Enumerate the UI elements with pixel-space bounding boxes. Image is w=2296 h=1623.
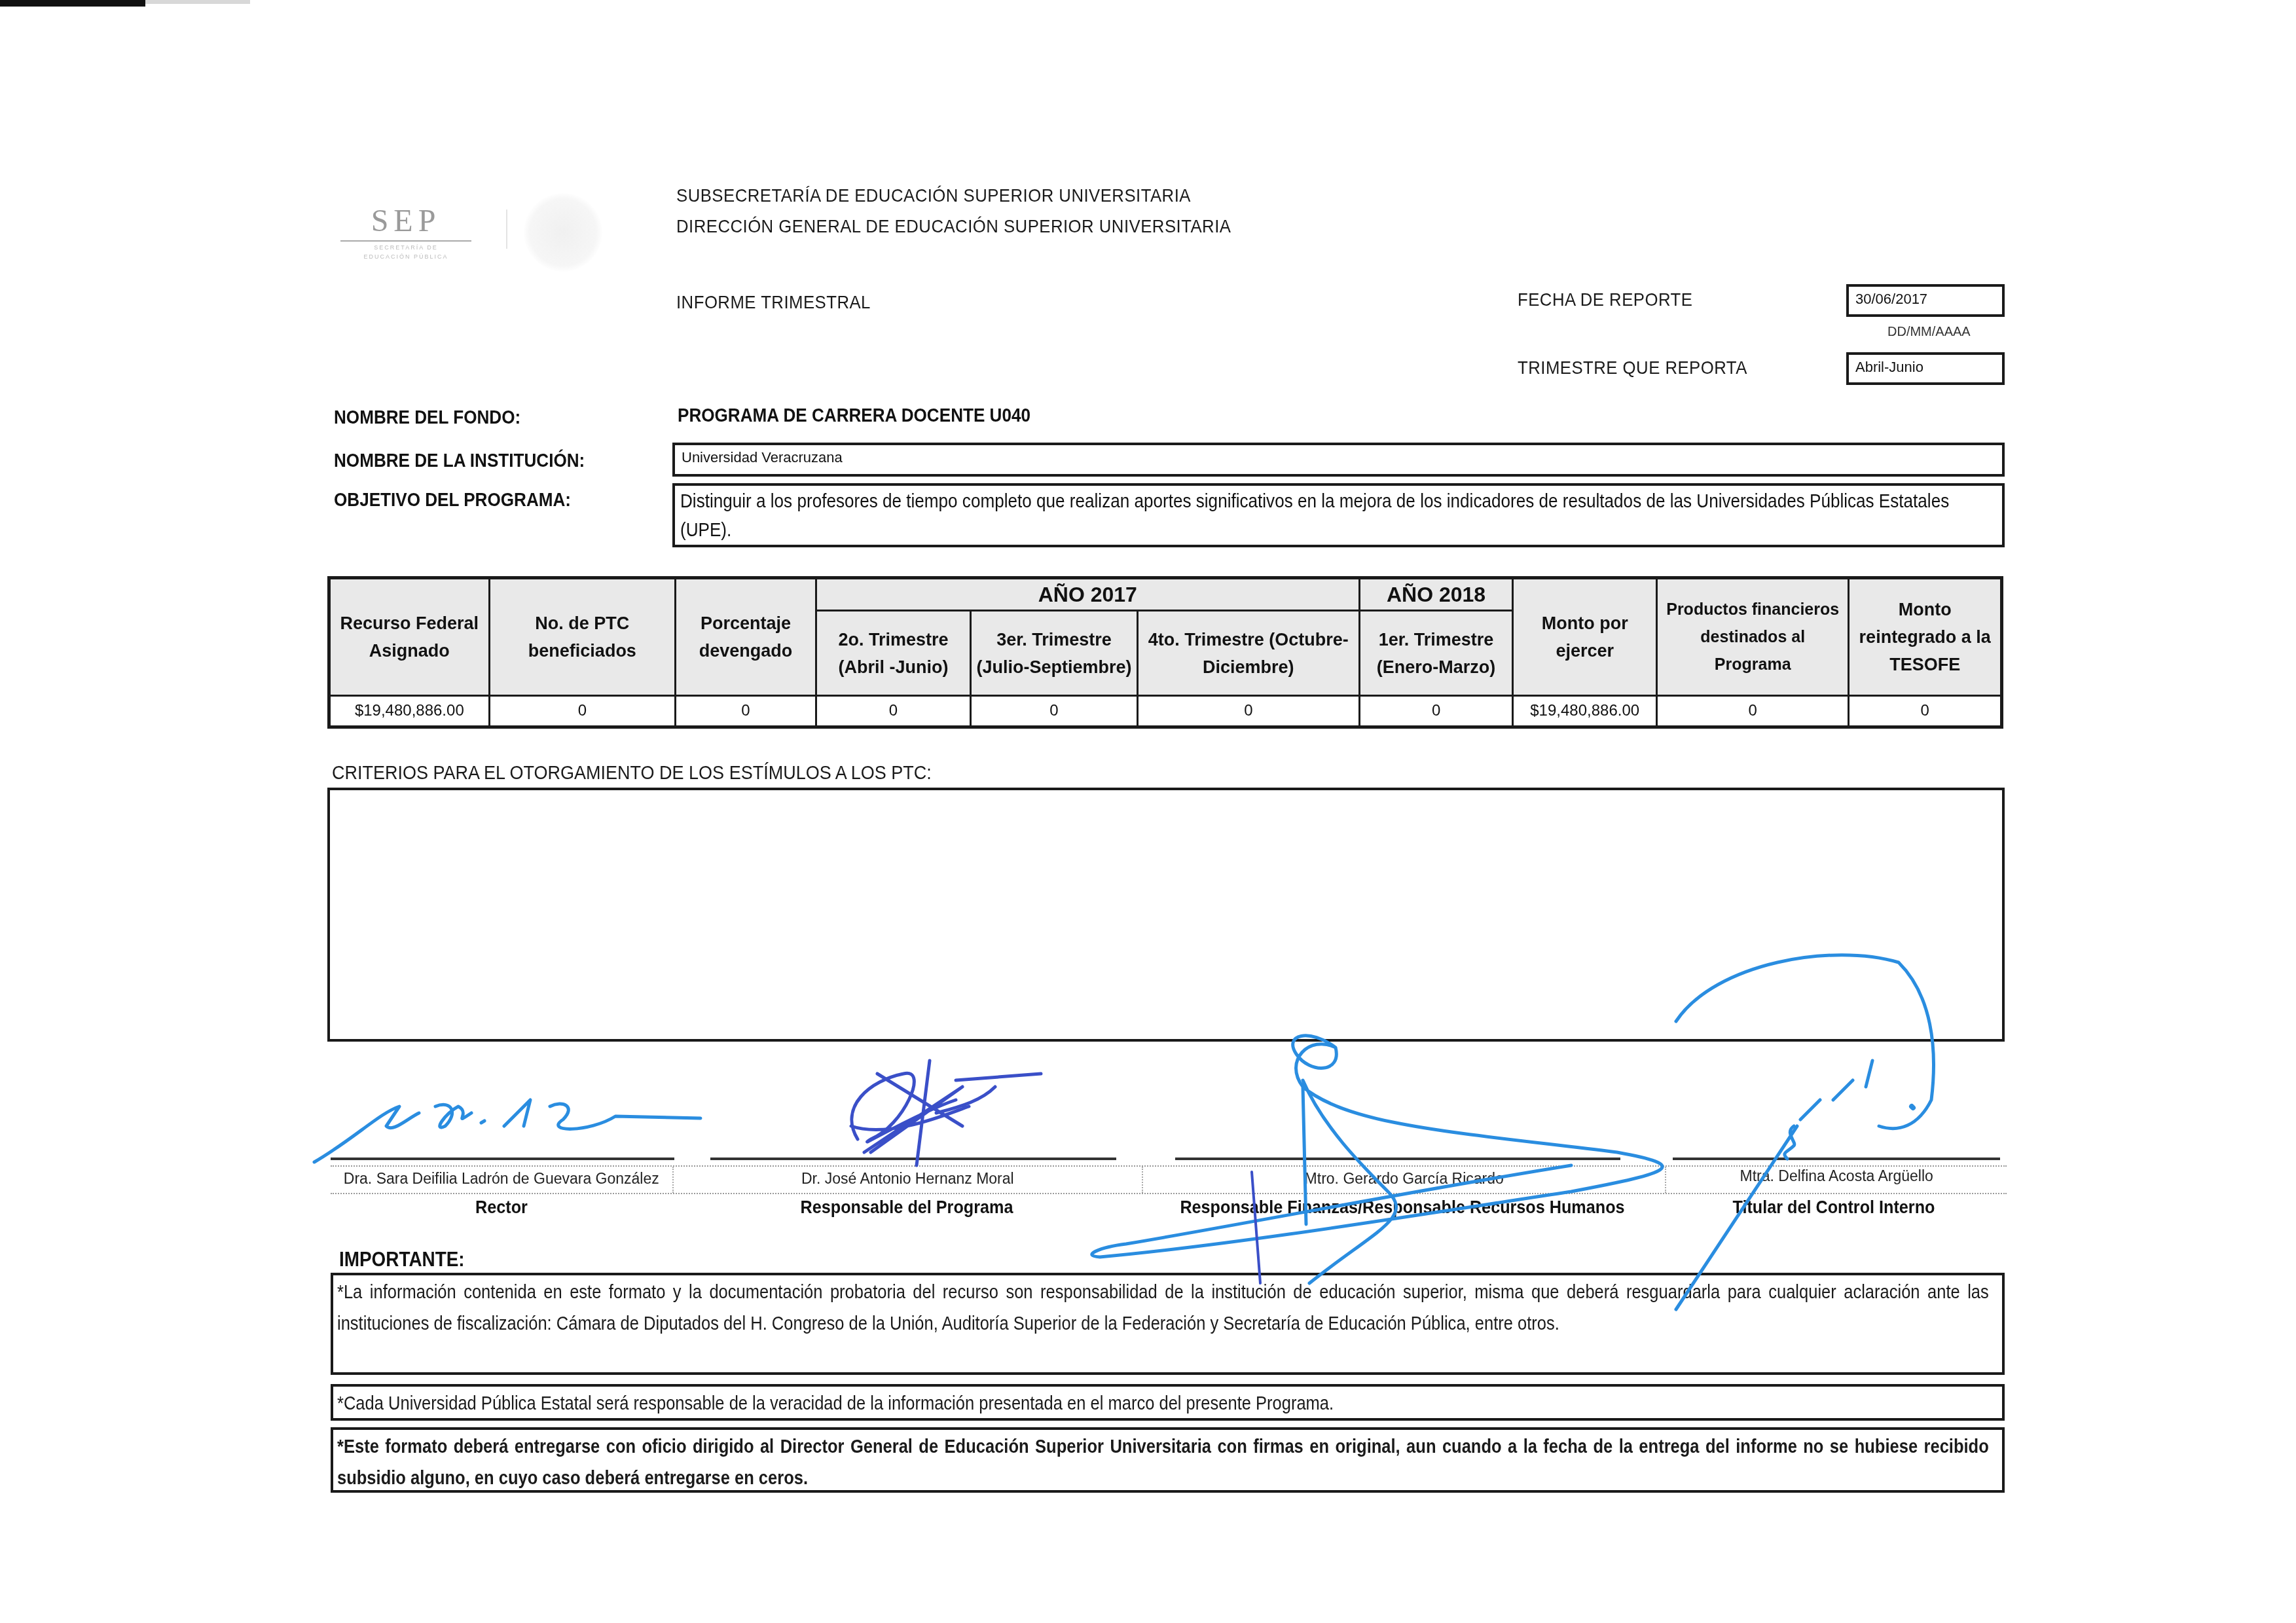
- col-productos-financieros: Productos financieros destinados al Prog…: [1657, 578, 1849, 696]
- resources-table: Recurso Federal Asignado No. de PTC bene…: [327, 576, 2003, 729]
- fecha-label: FECHA DE REPORTE: [1518, 289, 1692, 310]
- year-2017-header: AÑO 2017: [816, 578, 1359, 611]
- objetivo-label: OBJETIVO DEL PROGRAMA:: [334, 490, 571, 511]
- signature-line-rector: [331, 1158, 674, 1160]
- subsecretaria-heading: SUBSECRETARÍA DE EDUCACIÓN SUPERIOR UNIV…: [676, 185, 1191, 206]
- trimestre-label: TRIMESTRE QUE REPORTA: [1518, 357, 1747, 378]
- signer-role-rector: Rector: [348, 1197, 655, 1218]
- sep-logo: SEP SECRETARÍA DE EDUCACIÓN PÚBLICA: [334, 203, 478, 261]
- fondo-label: NOMBRE DEL FONDO:: [334, 407, 520, 429]
- note-veracidad: *Cada Universidad Pública Estatal será r…: [331, 1384, 2005, 1421]
- cell-monto-por-ejercer[interactable]: $19,480,886.00: [1513, 696, 1657, 727]
- signature-rector-icon: [314, 1100, 701, 1162]
- signer-name-control: Mtra. Delfina Acosta Argüello: [1665, 1167, 2007, 1193]
- table-row: $19,480,886.00 0 0 0 0 0 0 $19,480,886.0…: [329, 696, 2002, 727]
- cell-2o-trimestre[interactable]: 0: [816, 696, 970, 727]
- signer-role-finanzas: Responsable Finanzas/Responsable Recurso…: [1167, 1197, 1637, 1218]
- note-responsabilidad: *La información contenida en este format…: [331, 1273, 2005, 1375]
- col-ptc-beneficiados: No. de PTC beneficiados: [489, 578, 675, 696]
- signer-name-finanzas: Mtro. Gerardo García Ricardo: [1142, 1167, 1665, 1193]
- signature-line-finanzas: [1175, 1158, 1620, 1160]
- trimestre-field[interactable]: Abril-Junio: [1846, 352, 2005, 385]
- cell-porcentaje-devengado[interactable]: 0: [676, 696, 816, 727]
- note-text: *Este formato deberá entregarse con ofic…: [337, 1431, 1989, 1494]
- cell-4to-trimestre[interactable]: 0: [1137, 696, 1359, 727]
- signature-names-row: Dra. Sara Deifilia Ladrón de Guevara Gon…: [331, 1165, 2007, 1194]
- col-porcentaje-devengado: Porcentaje devengado: [676, 578, 816, 696]
- logo-divider: [506, 210, 507, 249]
- note-text: *La información contenida en este format…: [337, 1277, 1989, 1340]
- signer-role-programa: Responsable del Programa: [696, 1197, 1118, 1218]
- fecha-field[interactable]: 30/06/2017: [1846, 284, 2005, 317]
- institucion-label: NOMBRE DE LA INSTITUCIÓN:: [334, 450, 585, 472]
- cell-3er-trimestre[interactable]: 0: [971, 696, 1138, 727]
- criterios-field[interactable]: [327, 788, 2005, 1042]
- col-monto-reintegrado: Monto reintegrado a la TESOFE: [1849, 578, 2002, 696]
- signature-line-programa: [710, 1158, 1116, 1160]
- col-2o-trimestre: 2o. Trimestre (Abril -Junio): [816, 611, 970, 696]
- col-recurso-federal: Recurso Federal Asignado: [329, 578, 490, 696]
- sep-logo-subtitle-2: EDUCACIÓN PÚBLICA: [334, 252, 478, 261]
- objetivo-field[interactable]: Distinguir a los profesores de tiempo co…: [672, 483, 2005, 547]
- fecha-format-hint: DD/MM/AAAA: [1887, 325, 1971, 340]
- national-seal-icon: [524, 193, 602, 272]
- year-2018-header: AÑO 2018: [1359, 578, 1512, 611]
- cell-monto-reintegrado[interactable]: 0: [1849, 696, 2002, 727]
- scan-artifact: [145, 0, 250, 4]
- col-1er-trimestre: 1er. Trimestre (Enero-Marzo): [1359, 611, 1512, 696]
- sep-logo-text: SEP: [334, 203, 478, 239]
- signature-programa-icon: [851, 1061, 1041, 1165]
- criterios-title: CRITERIOS PARA EL OTORGAMIENTO DE LOS ES…: [332, 762, 932, 784]
- cell-recurso-federal[interactable]: $19,480,886.00: [329, 696, 490, 727]
- signature-dot-icon: [1912, 1106, 1913, 1108]
- direccion-heading: DIRECCIÓN GENERAL DE EDUCACIÓN SUPERIOR …: [676, 216, 1231, 237]
- logo-rule: [340, 240, 471, 242]
- note-entrega: *Este formato deberá entregarse con ofic…: [331, 1427, 2005, 1493]
- col-monto-por-ejercer: Monto por ejercer: [1513, 578, 1657, 696]
- sep-logo-subtitle-1: SECRETARÍA DE: [334, 243, 478, 252]
- objetivo-text: Distinguir a los profesores de tiempo co…: [680, 487, 1995, 545]
- report-type: INFORME TRIMESTRAL: [676, 292, 871, 313]
- note-text: *Cada Universidad Pública Estatal será r…: [337, 1388, 1989, 1419]
- signer-role-control: Titular del Control Interno: [1681, 1197, 1987, 1218]
- signer-name-programa: Dr. José Antonio Hernanz Moral: [672, 1167, 1142, 1193]
- institucion-field[interactable]: Universidad Veracruzana: [672, 443, 2005, 477]
- signature-roles-row: Rector Responsable del Programa Responsa…: [331, 1197, 2007, 1218]
- col-3er-trimestre: 3er. Trimestre (Julio-Septiembre): [971, 611, 1138, 696]
- importante-title: IMPORTANTE:: [339, 1248, 465, 1271]
- cell-ptc-beneficiados[interactable]: 0: [489, 696, 675, 727]
- signer-name-rector: Dra. Sara Deifilia Ladrón de Guevara Gon…: [331, 1167, 672, 1193]
- signature-line-control: [1673, 1158, 2000, 1160]
- col-4to-trimestre: 4to. Trimestre (Octubre-Diciembre): [1137, 611, 1359, 696]
- scan-artifact: [0, 0, 145, 7]
- cell-productos-financieros[interactable]: 0: [1657, 696, 1849, 727]
- fondo-value: PROGRAMA DE CARRERA DOCENTE U040: [678, 405, 1030, 427]
- cell-1er-trimestre[interactable]: 0: [1359, 696, 1512, 727]
